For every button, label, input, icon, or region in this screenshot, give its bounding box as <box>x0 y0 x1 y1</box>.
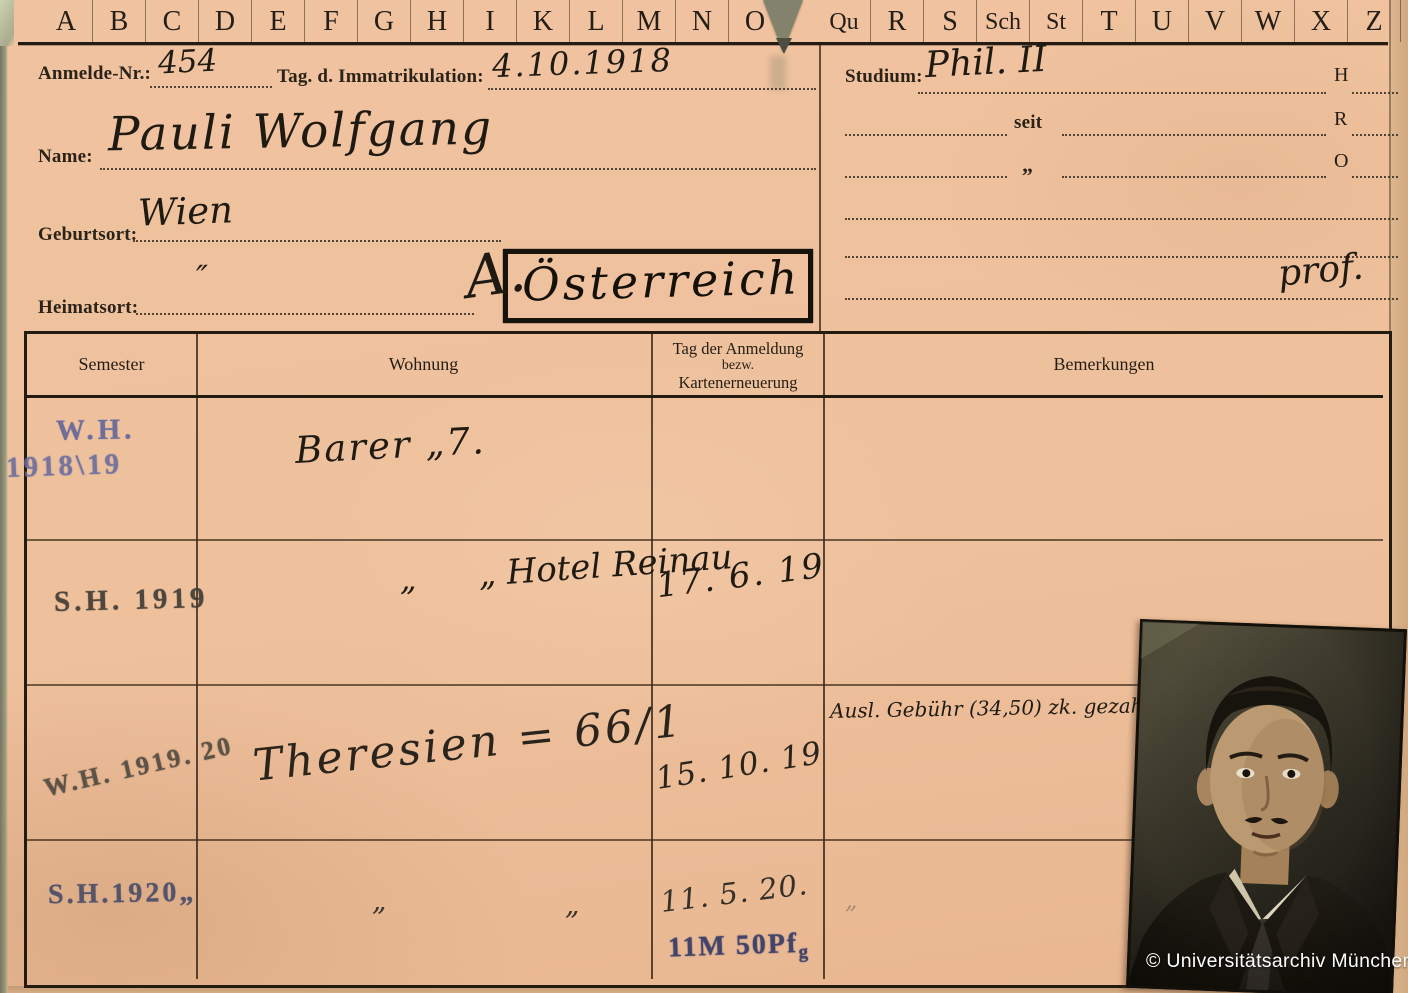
index-notch-tip <box>776 38 792 54</box>
index-tab-v: V <box>1189 0 1242 42</box>
dotted-line <box>845 134 1007 136</box>
index-tab-m: M <box>623 0 676 42</box>
smudge <box>770 56 786 90</box>
index-tab-a: A <box>40 0 93 42</box>
country-prefix-handwriting: A. <box>461 236 530 312</box>
archive-copyright: © Universitätsarchiv München <box>1146 950 1408 973</box>
immatrikulation-value-handwriting: 4.10.1918 <box>491 41 673 85</box>
index-tab-w: W <box>1242 0 1295 42</box>
column-header-bemerkungen: Bemerkungen <box>825 354 1383 375</box>
anmelde-label: Anmelde-Nr.: <box>38 63 151 85</box>
table-column-line <box>196 334 198 979</box>
portrait-photo <box>1126 619 1407 993</box>
table-column-line <box>651 334 653 979</box>
index-tab-c: C <box>146 0 199 42</box>
faint-pencil-mark: „ <box>845 886 857 914</box>
seit-label: seit <box>1014 112 1042 134</box>
index-tab-z: Z <box>1348 0 1401 42</box>
semester-stamp-year: 1918\19 <box>5 448 122 485</box>
portrait-photo-image <box>1126 619 1407 993</box>
column-header-tag-line1: Tag der Anmeldung <box>653 340 823 357</box>
country-value-handwriting: Österreich <box>521 250 801 311</box>
ditto-mark: „ <box>1022 152 1033 178</box>
dotted-line <box>1352 134 1398 136</box>
semester-stamp: W.H. <box>56 413 136 447</box>
column-header-tag-line2: bezw. <box>653 357 823 374</box>
heimatsort-ditto-handwriting: ″ <box>196 258 208 296</box>
wohnung-ditto-handwriting: „ <box>400 560 417 598</box>
dotted-line <box>1062 134 1326 136</box>
wohnung-ditto-handwriting: „ <box>565 888 580 921</box>
index-tab-r: R <box>871 0 924 42</box>
column-header-wohnung: Wohnung <box>196 354 651 375</box>
dotted-line <box>100 168 816 170</box>
column-header-tag-line3: Kartenerneuerung <box>653 374 823 391</box>
fee-stamp-suffix: g <box>798 942 810 963</box>
dotted-line <box>918 92 1326 94</box>
dotted-line <box>845 176 1007 178</box>
geburtsort-value-handwriting: Wien <box>137 188 233 234</box>
semester-stamp: S.H. 1919 <box>54 582 209 619</box>
dotted-line <box>488 88 816 90</box>
table-header-rule <box>27 395 1383 398</box>
dotted-line <box>845 298 1398 300</box>
geburtsort-label: Geburtsort: <box>38 224 137 246</box>
immatrikulation-label: Tag. d. Immatrikulation: <box>277 66 484 88</box>
index-tab-t: T <box>1083 0 1136 42</box>
dotted-line <box>1062 176 1326 178</box>
scan-edge-corner <box>0 0 14 46</box>
index-tab-k: K <box>517 0 570 42</box>
header-divider <box>819 45 821 331</box>
dotted-line <box>1352 92 1398 94</box>
studium-label: Studium: <box>845 66 923 88</box>
index-tab-x: X <box>1295 0 1348 42</box>
index-tab-l: L <box>570 0 623 42</box>
index-tab-e: E <box>252 0 305 42</box>
margin-letter-h: H <box>1334 64 1348 87</box>
dotted-line <box>133 240 501 242</box>
index-tab-b: B <box>93 0 146 42</box>
index-tab-d: D <box>199 0 252 42</box>
studium-value-handwriting: Phil. II <box>924 39 1048 86</box>
index-tab-s: S <box>924 0 977 42</box>
index-tab-n: N <box>676 0 729 42</box>
semester-stamp: S.H.1920„ <box>48 877 197 912</box>
margin-letter-r: R <box>1334 108 1347 131</box>
dotted-line <box>136 313 474 315</box>
margin-letter-o: O <box>1334 150 1348 173</box>
column-header-semester: Semester <box>27 354 196 375</box>
heimatsort-label: Heimatsort: <box>38 297 138 319</box>
tab-rule <box>18 42 1388 45</box>
fee-stamp: 11M 50Pfg <box>667 928 810 969</box>
table-column-line <box>823 334 825 979</box>
scan-edge-left <box>0 0 8 993</box>
column-header-tag: Tag der Anmeldung bezw. Kartenerneuerung <box>653 340 823 391</box>
index-tab-i: I <box>464 0 517 42</box>
index-tab-row: ABCDEFGHIKLMNOQuRSSchStTUVWXZ <box>40 0 1401 42</box>
anmelde-value-handwriting: 454 <box>157 42 218 81</box>
name-value-handwriting: Pauli Wolfgang <box>108 101 494 163</box>
index-tab-sch: Sch <box>977 0 1030 42</box>
name-label: Name: <box>38 146 93 168</box>
dotted-line <box>1352 176 1398 178</box>
dotted-line <box>150 86 272 88</box>
index-tab-h: H <box>411 0 464 42</box>
registration-card: ABCDEFGHIKLMNOQuRSSchStTUVWXZ Anmelde-Nr… <box>0 0 1408 993</box>
index-tab-g: G <box>358 0 411 42</box>
fee-stamp-text: 11M 50Pf <box>667 928 798 964</box>
index-tab-u: U <box>1136 0 1189 42</box>
wohnung-ditto-handwriting: „ <box>372 884 387 917</box>
index-tab-qu: Qu <box>818 0 871 42</box>
index-tab-st: St <box>1030 0 1083 42</box>
index-tab-f: F <box>305 0 358 42</box>
margin-note-handwriting: prof. <box>1276 246 1365 294</box>
dotted-line <box>845 218 1398 220</box>
